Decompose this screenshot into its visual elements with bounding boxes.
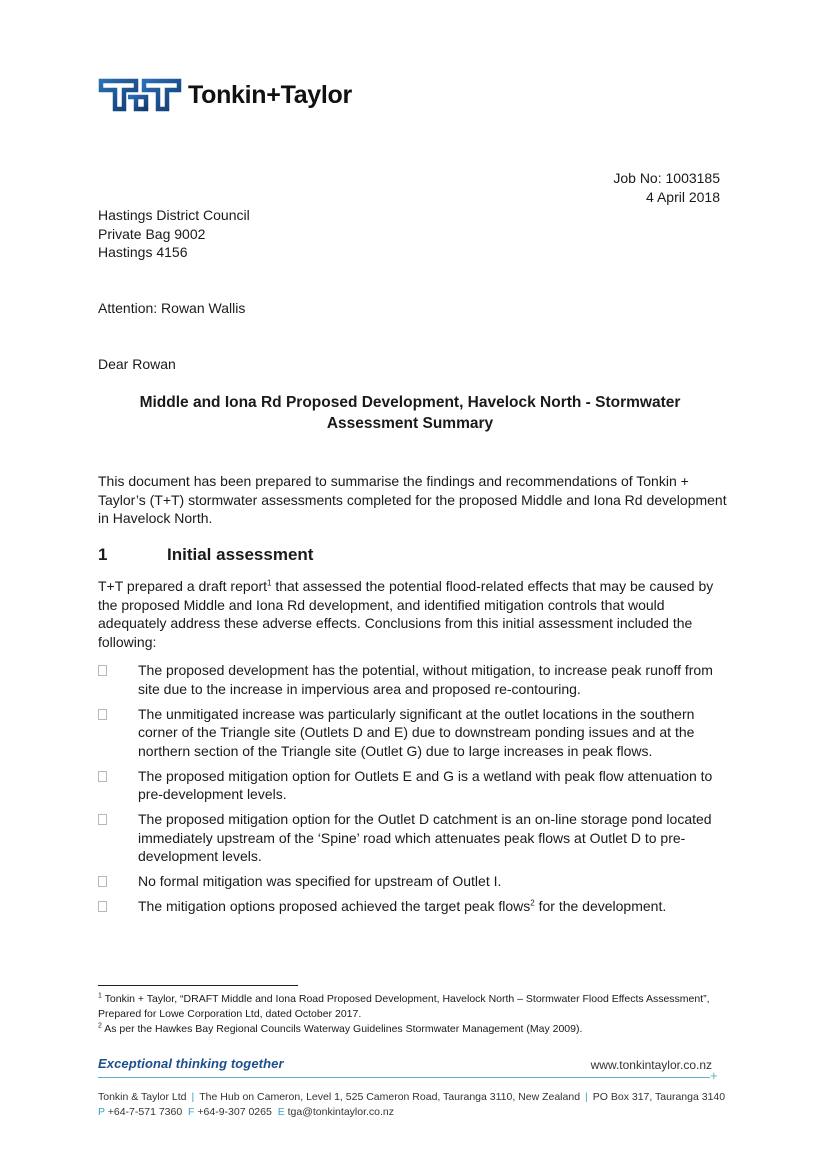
list-item: The mitigation options proposed achieved… <box>98 897 728 916</box>
footnote-divider <box>98 985 298 986</box>
company-details: Tonkin & Taylor Ltd|The Hub on Cameron, … <box>98 1090 725 1120</box>
list-item-text: The unmitigated increase was particularl… <box>138 705 728 761</box>
section-heading: 1 Initial assessment <box>98 545 313 565</box>
list-item: The proposed mitigation option for the O… <box>98 810 728 866</box>
list-item-text: The proposed mitigation option for Outle… <box>138 767 728 804</box>
job-number: Job No: 1003185 <box>613 169 720 188</box>
bullet-box-icon <box>98 771 107 782</box>
list-item-text: No formal mitigation was specified for u… <box>138 872 728 891</box>
list-item-text: The proposed development has the potenti… <box>138 661 728 698</box>
paragraph-text: T+T prepared a draft report <box>98 578 267 594</box>
bullet-box-icon <box>98 665 107 676</box>
bullet-box-icon <box>98 709 107 720</box>
footer-tagline: Exceptional thinking together <box>98 1056 284 1071</box>
list-item-text: The mitigation options proposed achieved… <box>138 897 728 916</box>
bullet-box-icon <box>98 901 107 912</box>
footnote-text: As per the Hawkes Bay Regional Councils … <box>102 1023 583 1035</box>
po-box: PO Box 317, Tauranga 3140 <box>593 1091 725 1103</box>
company-logo: Tonkin+Taylor <box>98 74 352 116</box>
attention-line: Attention: Rowan Wallis <box>98 299 245 318</box>
recipient-address: Hastings District Council Private Bag 90… <box>98 206 250 262</box>
list-item-text-part: The mitigation options proposed achieved… <box>138 898 530 914</box>
title-line-2: Assessment Summary <box>98 413 722 434</box>
fax-number: +64-9-307 0265 <box>197 1106 271 1118</box>
email-label: E <box>278 1106 285 1118</box>
company-name: Tonkin & Taylor Ltd <box>98 1091 187 1103</box>
list-item-text: The proposed mitigation option for the O… <box>138 810 728 866</box>
phone-label: P <box>98 1106 105 1118</box>
list-item: The proposed development has the potenti… <box>98 661 728 698</box>
tt-monogram-icon <box>98 77 182 113</box>
footnote-text: Tonkin + Taylor, “DRAFT Middle and Iona … <box>98 993 710 1020</box>
footer-divider <box>98 1077 710 1078</box>
bullet-box-icon <box>98 876 107 887</box>
intro-paragraph: This document has been prepared to summa… <box>98 472 728 528</box>
address-line: Hastings District Council <box>98 206 250 225</box>
website-link[interactable]: www.tonkintaylor.co.nz <box>591 1058 712 1072</box>
title-line-1: Middle and Iona Rd Proposed Development,… <box>98 392 722 413</box>
footnotes: 1 Tonkin + Taylor, “DRAFT Middle and Ion… <box>98 992 738 1037</box>
list-item: The unmitigated increase was particularl… <box>98 705 728 761</box>
job-reference: Job No: 1003185 4 April 2018 <box>613 169 720 206</box>
email-link[interactable]: tga@tonkintaylor.co.nz <box>288 1106 394 1118</box>
company-contact-line: P +64-7-571 7360 F +64-9-307 0265 E tga@… <box>98 1105 725 1120</box>
phone-number: +64-7-571 7360 <box>108 1106 182 1118</box>
salutation: Dear Rowan <box>98 355 176 374</box>
logo-wordmark: Tonkin+Taylor <box>188 83 352 108</box>
bullet-box-icon <box>98 814 107 825</box>
list-item-text-part: for the development. <box>535 898 667 914</box>
section-title: Initial assessment <box>167 545 313 565</box>
document-title: Middle and Iona Rd Proposed Development,… <box>98 392 722 434</box>
section-paragraph: T+T prepared a draft report1 that assess… <box>98 577 728 651</box>
list-item: No formal mitigation was specified for u… <box>98 872 728 891</box>
fax-label: F <box>188 1106 194 1118</box>
company-address: The Hub on Cameron, Level 1, 525 Cameron… <box>199 1091 580 1103</box>
footnote: 2 As per the Hawkes Bay Regional Council… <box>98 1022 738 1037</box>
conclusions-list: The proposed development has the potenti… <box>98 661 728 922</box>
separator: | <box>585 1091 588 1103</box>
separator: | <box>192 1091 195 1103</box>
section-number: 1 <box>98 545 167 565</box>
footnote: 1 Tonkin + Taylor, “DRAFT Middle and Ion… <box>98 992 738 1022</box>
company-address-line: Tonkin & Taylor Ltd|The Hub on Cameron, … <box>98 1090 725 1105</box>
list-item: The proposed mitigation option for Outle… <box>98 767 728 804</box>
address-line: Hastings 4156 <box>98 243 250 262</box>
letter-date: 4 April 2018 <box>613 188 720 207</box>
plus-icon: + <box>710 1068 718 1083</box>
address-line: Private Bag 9002 <box>98 225 250 244</box>
